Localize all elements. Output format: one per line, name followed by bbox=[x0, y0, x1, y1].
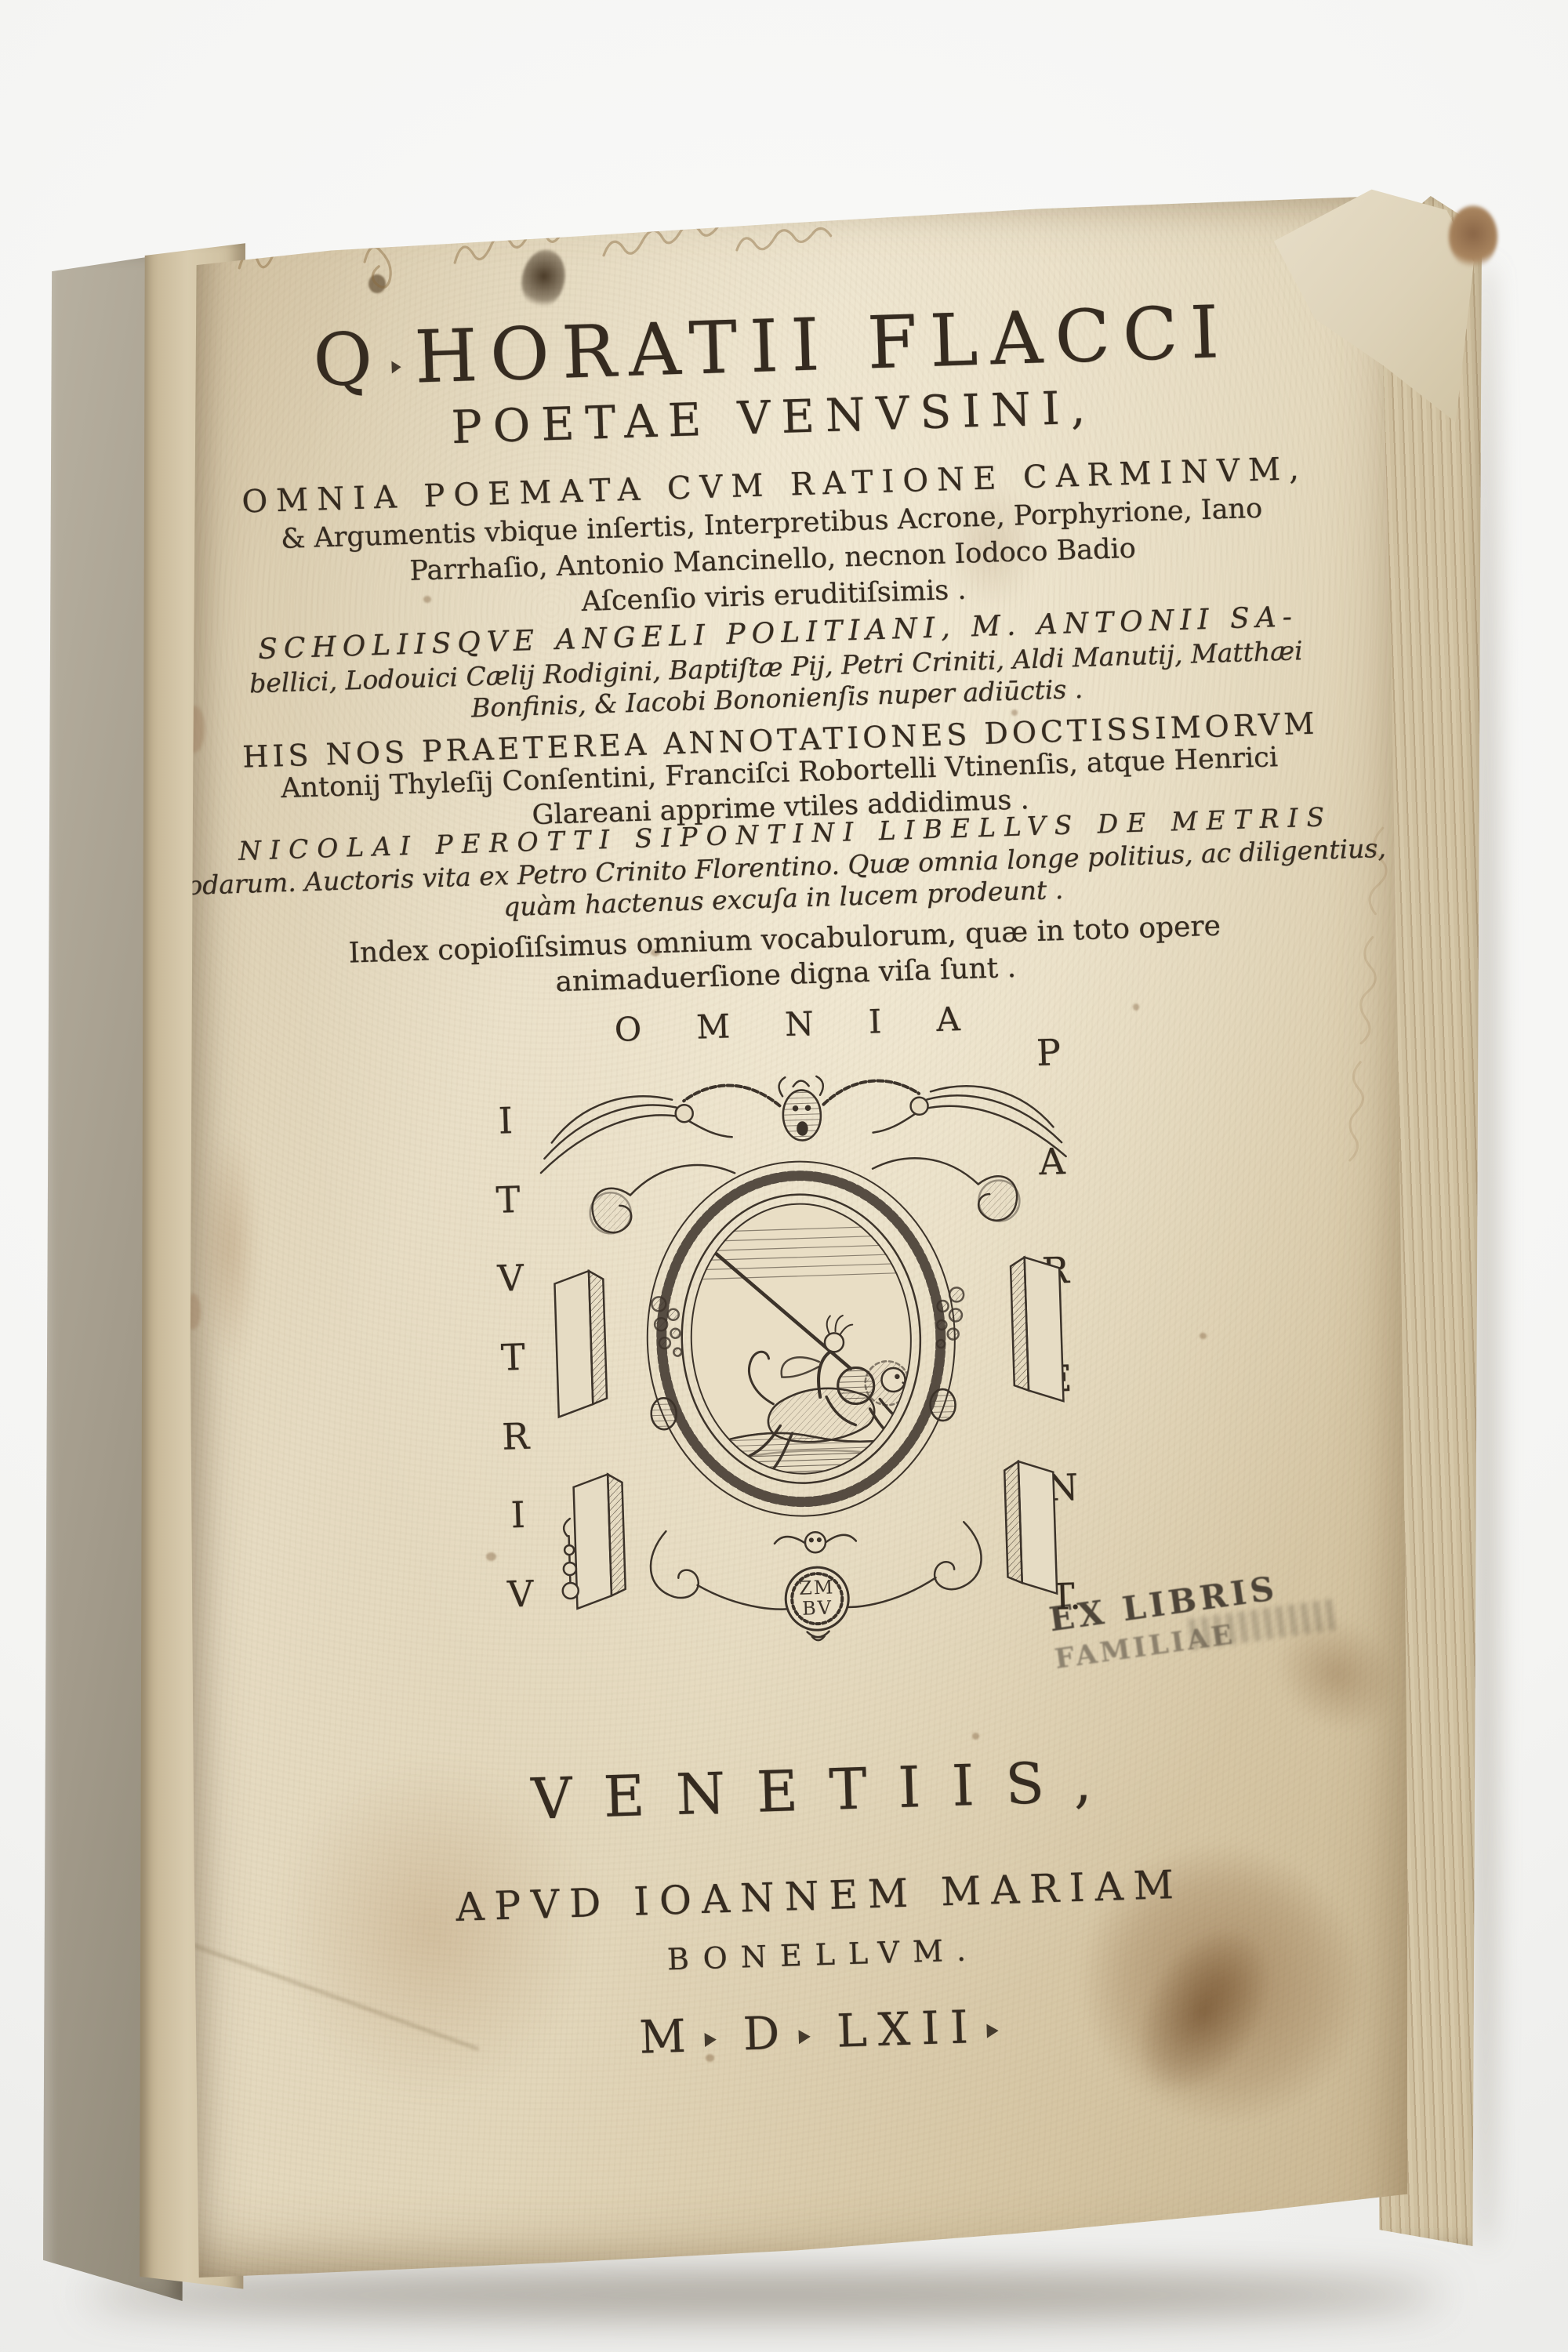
photograph-of-book: QHORATII FLACCI POETAE VENVSINI, OMNIA P… bbox=[0, 0, 1568, 2352]
book-cast-shadow-bottom bbox=[86, 2274, 1443, 2317]
monogram-line2: BV bbox=[802, 1597, 833, 1620]
title-q: Q bbox=[312, 317, 387, 403]
wedge-point bbox=[391, 361, 401, 373]
motto-letter: I bbox=[498, 1102, 514, 1139]
side-mask-right bbox=[930, 1389, 956, 1421]
bottom-scroll-right bbox=[830, 1522, 982, 1608]
date-separator bbox=[798, 2030, 811, 2044]
date-separator bbox=[987, 2024, 1000, 2038]
winged-figure-left bbox=[539, 1094, 733, 1173]
grotesque-mask-top bbox=[779, 1076, 825, 1142]
imprint-place: VENETIIS, bbox=[215, 1739, 1408, 1842]
date-separator bbox=[705, 2032, 717, 2046]
cherub-below-oval bbox=[775, 1531, 857, 1554]
laurel-swag-right bbox=[823, 1080, 920, 1105]
monogram-line1: ZM bbox=[799, 1576, 835, 1599]
imprint-date: MDLXII bbox=[223, 1987, 1415, 2078]
date-d: D bbox=[742, 2006, 792, 2061]
date-lxii: LXII bbox=[836, 2000, 980, 2058]
volute-left bbox=[589, 1163, 737, 1234]
device-motto-left-virtvti: I T V T R I V bbox=[485, 1102, 540, 1613]
woodcut-printers-device: ZM BV bbox=[533, 1033, 1086, 1684]
printed-text-area: QHORATII FLACCI POETAE VENVSINI, OMNIA P… bbox=[167, 217, 1421, 2276]
motto-letter: I bbox=[510, 1497, 526, 1534]
motto-letter: V bbox=[507, 1575, 535, 1612]
title-page: QHORATII FLACCI POETAE VENVSINI, OMNIA P… bbox=[184, 192, 1407, 2278]
exposed-board-chip bbox=[1449, 205, 1497, 268]
date-m: M bbox=[638, 2009, 697, 2063]
side-mask-left bbox=[651, 1398, 677, 1430]
laurel-swag-left bbox=[684, 1083, 780, 1109]
motto-letter: T bbox=[495, 1181, 521, 1218]
winged-figure-right bbox=[872, 1083, 1066, 1162]
motto-letter: V bbox=[497, 1260, 524, 1297]
motto-letter: R bbox=[501, 1417, 529, 1454]
motto-letter: T bbox=[500, 1339, 525, 1376]
